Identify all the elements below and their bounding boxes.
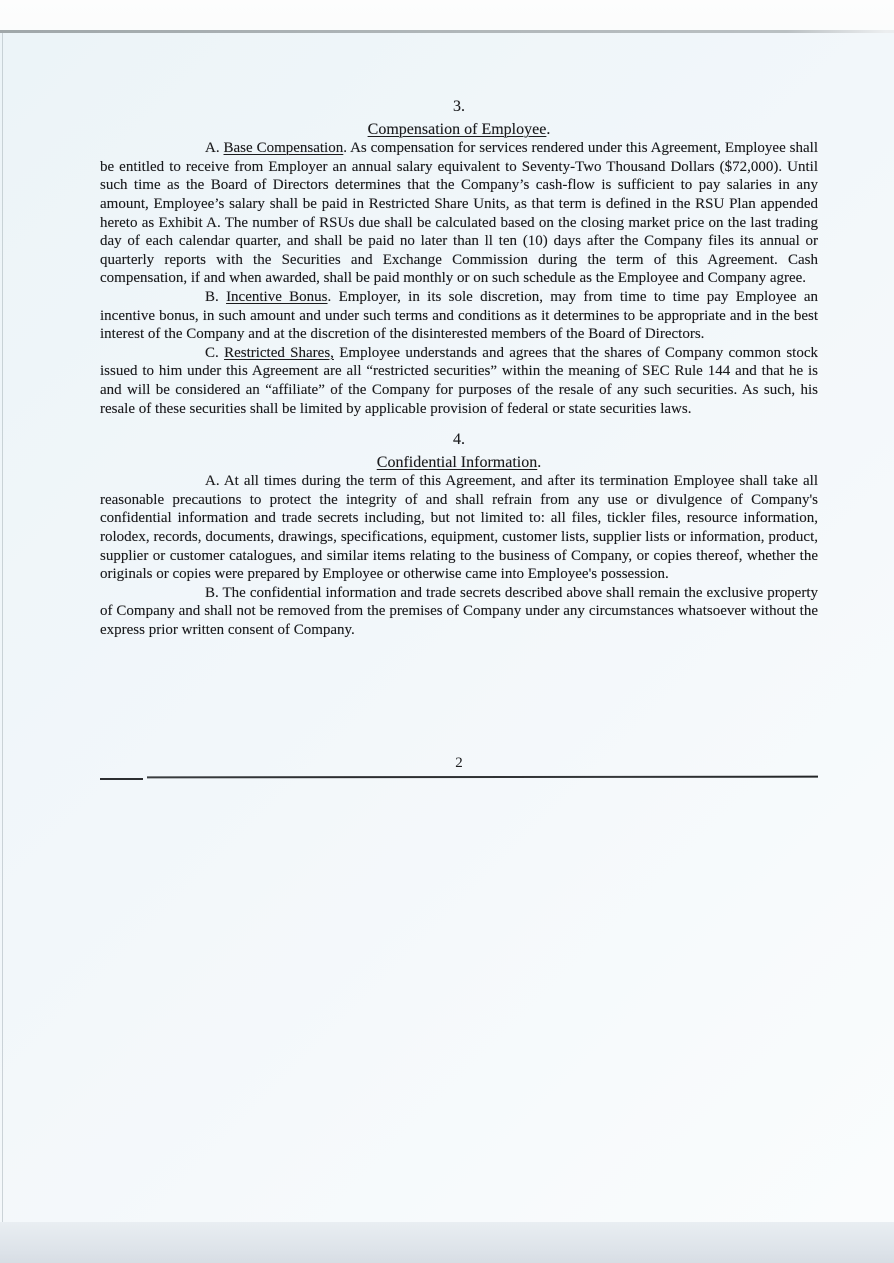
- section-4-title: Confidential Information.: [100, 454, 818, 473]
- scan-edge-line-left: [2, 33, 3, 1222]
- paragraph-4a-label: A.: [205, 473, 224, 489]
- scanner-bottom-margin: [0, 1222, 894, 1263]
- page-number: 2: [100, 755, 818, 772]
- section-4-title-text: Confidential Information: [377, 454, 537, 471]
- page-content: 3. Compensation of Employee. A. Base Com…: [100, 98, 818, 640]
- paragraph-3a-heading: Base Compensation: [224, 140, 344, 156]
- paragraph-3c-heading: Restricted Shares,: [224, 345, 334, 361]
- section-3-title-period: .: [546, 121, 550, 138]
- section-3-title-text: Compensation of Employee: [368, 121, 547, 138]
- paragraph-3b-heading: Incentive Bonus: [226, 289, 327, 305]
- section-4-number: 4.: [100, 431, 818, 450]
- paragraph-4b: B. The confidential information and trad…: [100, 584, 818, 640]
- footer-rule: [147, 776, 818, 779]
- paragraph-3a-body: As compensation for services rendered un…: [100, 140, 818, 286]
- paragraph-3b-separator: .: [328, 289, 339, 305]
- paragraph-3b: B. Incentive Bonus. Employer, in its sol…: [100, 288, 818, 344]
- section-3-number: 3.: [100, 98, 818, 117]
- paragraph-4b-label: B.: [205, 585, 223, 601]
- footer-rule-short-segment: [100, 778, 143, 780]
- paragraph-3a: A. Base Compensation. As compensation fo…: [100, 139, 818, 288]
- paragraph-3a-label: A.: [205, 140, 224, 156]
- paragraph-3c-label: C.: [205, 345, 224, 361]
- paragraph-4a-body: At all times during the term of this Agr…: [100, 473, 818, 582]
- paragraph-4a: A. At all times during the term of this …: [100, 472, 818, 584]
- paragraph-3c: C. Restricted Shares, Employee understan…: [100, 344, 818, 418]
- section-3-title: Compensation of Employee.: [100, 121, 818, 140]
- section-4-title-period: .: [537, 454, 541, 471]
- document-page: 3. Compensation of Employee. A. Base Com…: [0, 33, 894, 1222]
- scanner-top-margin: [0, 0, 894, 30]
- paragraph-3b-label: B.: [205, 289, 226, 305]
